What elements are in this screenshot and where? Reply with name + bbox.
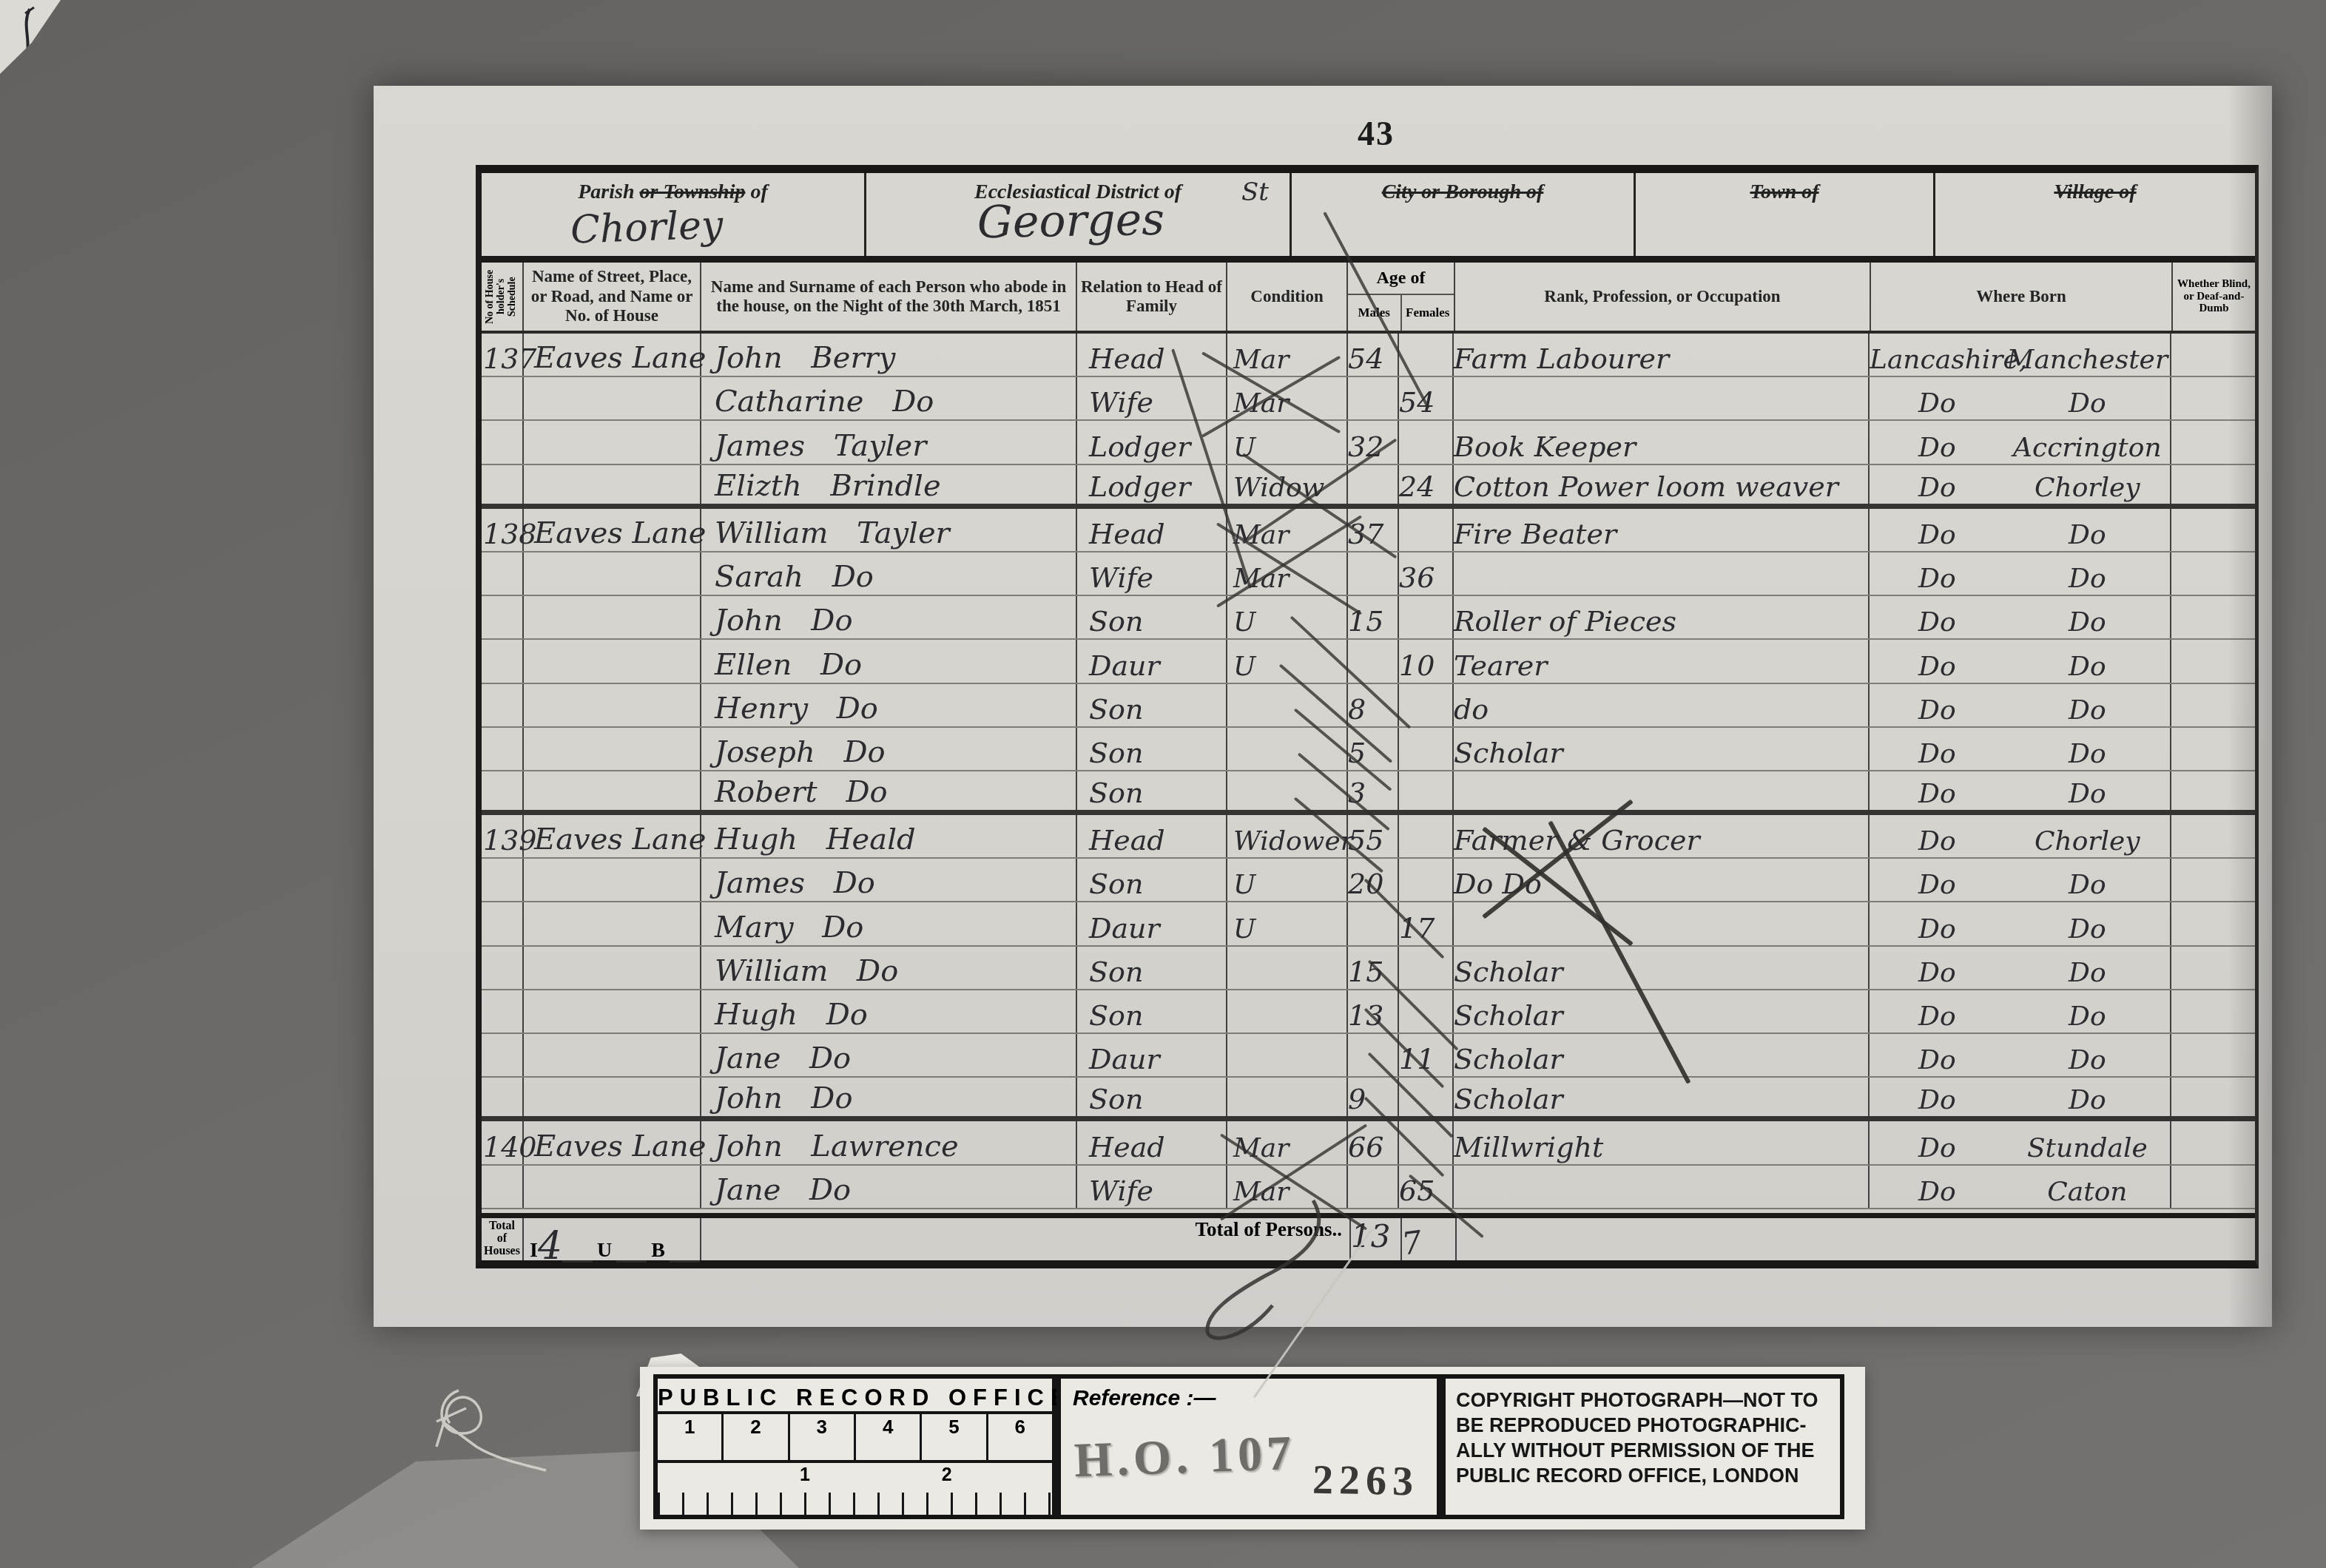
value-name: William Do (701, 954, 898, 988)
value-relation: Head (1077, 1131, 1165, 1163)
cell-condition (1227, 990, 1348, 1033)
value-name: John Berry (701, 341, 895, 375)
total-persons-female-cell: 7 (1402, 1218, 1457, 1260)
cell-occupation: Scholar (1454, 990, 1870, 1033)
table-row: 140Eaves LaneJohn LawrenceHeadMar66Millw… (482, 1121, 2255, 1165)
houses-uninhabited-underline (616, 1253, 647, 1263)
cell-relation: Head (1077, 1121, 1227, 1163)
torn-paper-corner (0, 0, 61, 74)
cell-occupation: Scholar (1454, 1078, 1870, 1116)
cell-name: William Do (701, 947, 1077, 989)
cell-street (524, 640, 701, 682)
total-houses-value-cell: I 4 U B (524, 1218, 701, 1260)
born-county: Do (1870, 564, 2005, 594)
ecclesiastical-value: Georges (977, 194, 1164, 249)
cell-name: John Lawrence (701, 1121, 1077, 1163)
value-occupation: Scholar (1454, 1043, 1868, 1075)
cell-born: DoDo (1870, 1078, 2171, 1116)
value-name: Mary Do (701, 910, 863, 944)
table-row: 137Eaves LaneJohn BerryHeadMar54Farm Lab… (482, 334, 2255, 377)
photograph-of-census-page: { "page_number": "43", "district_header"… (0, 0, 2326, 1568)
houses-building-label: B (651, 1239, 665, 1263)
value-relation: Head (1077, 824, 1165, 856)
table-row: Joseph DoSon5ScholarDoDo (482, 728, 2255, 771)
census-document-sheet: 43 Parish or Township of Chorley Ecclesi… (374, 86, 2272, 1327)
cell-age_m: 66 (1348, 1121, 1399, 1163)
cell-age_f (1399, 771, 1454, 810)
cell-blind (2171, 1034, 2255, 1076)
cell-age_m (1348, 377, 1399, 419)
value-age_m: 9 (1348, 1083, 1398, 1115)
cell-relation: Daur (1077, 902, 1227, 944)
value-street: Eaves Lane (524, 341, 706, 375)
cell-relation: Daur (1077, 640, 1227, 682)
cell-occupation: Book Keeper (1454, 421, 1870, 463)
cell-occupation: Scholar (1454, 728, 1870, 770)
value-relation: Head (1077, 342, 1165, 375)
cell-blind (2171, 509, 2255, 551)
cell-street (524, 1166, 701, 1208)
cell-schedule (482, 377, 524, 419)
cell-name: Jane Do (701, 1034, 1077, 1076)
value-occupation: Farm Labourer (1454, 342, 1868, 375)
cell-name: Hugh Do (701, 990, 1077, 1033)
born-town: Accrington (2005, 433, 2170, 463)
born-town: Do (2005, 779, 2170, 809)
cell-occupation: Do Do (1454, 859, 1870, 901)
houses-building-underline (670, 1253, 700, 1263)
cell-age_m (1348, 1034, 1399, 1076)
cell-street: Eaves Lane (524, 509, 701, 551)
cell-blind (2171, 990, 2255, 1033)
col-header-street: Name of Street, Place, or Road, and Name… (524, 263, 701, 331)
cell-born: DoDo (1870, 552, 2171, 595)
value-relation: Daur (1077, 649, 1160, 682)
cell-blind (2171, 377, 2255, 419)
value-occupation: Book Keeper (1454, 430, 1868, 463)
reference-label: Reference :— (1061, 1379, 1437, 1411)
value-age_m: 32 (1348, 430, 1398, 463)
cell-age_m: 8 (1348, 684, 1399, 726)
cell-born: DoDo (1870, 990, 2171, 1033)
value-occupation: Cotton Power loom weaver (1454, 470, 1868, 503)
col-header-condition: Condition (1227, 263, 1348, 331)
cell-born: Lancashire,Manchester (1870, 334, 2171, 376)
born-county: Do (1870, 870, 2005, 900)
cell-condition: Widower (1227, 815, 1348, 857)
cell-blind (2171, 421, 2255, 463)
cell-born: DoDo (1870, 509, 2171, 551)
cell-born: DoDo (1870, 947, 2171, 989)
cell-street (524, 947, 701, 989)
cm-scale-cell: 3 (790, 1414, 856, 1460)
born-county: Do (1870, 652, 2005, 682)
born-county: Do (1870, 779, 2005, 809)
cell-age_f: 54 (1399, 377, 1454, 419)
value-street: Eaves Lane (524, 822, 706, 856)
value-name: Henry Do (701, 692, 878, 726)
born-town: Do (2005, 388, 2170, 419)
cell-blind (2171, 596, 2255, 638)
cell-age_f (1399, 684, 1454, 726)
cell-age_f (1399, 509, 1454, 551)
value-age_m: 3 (1348, 777, 1398, 809)
film-scratch-icon (414, 1376, 562, 1501)
cell-born: DoDo (1870, 771, 2171, 810)
born-county: Do (1870, 739, 2005, 769)
value-name: Jane Do (701, 1041, 851, 1075)
value-relation: Son (1077, 693, 1143, 726)
cell-blind (2171, 1078, 2255, 1116)
value-name: Sarah Do (701, 560, 874, 594)
value-relation: Lodger (1077, 430, 1190, 463)
cell-relation: Lodger (1077, 465, 1227, 504)
cell-relation: Son (1077, 947, 1227, 989)
cell-street (524, 728, 701, 770)
born-county: Do (1870, 1045, 2005, 1075)
parish-label: Parish or Township of (482, 180, 864, 204)
cell-blind (2171, 684, 2255, 726)
cell-schedule: 137 (482, 334, 524, 376)
cell-street (524, 421, 701, 463)
cell-age_f (1399, 859, 1454, 901)
cell-occupation (1454, 552, 1870, 595)
houses-uninhabited-label: U (597, 1239, 612, 1263)
cell-born: DoAccrington (1870, 421, 2171, 463)
value-relation: Son (1077, 999, 1143, 1032)
cell-blind (2171, 859, 2255, 901)
value-age_m: 5 (1348, 737, 1398, 769)
value-name: William Tayler (701, 516, 950, 550)
born-town: Manchester (2005, 345, 2170, 375)
born-county: Do (1870, 433, 2005, 463)
cell-name: Ellen Do (701, 640, 1077, 682)
copyright-line: ALLY WITHOUT PERMISSION OF THE (1456, 1438, 1830, 1463)
inch-number-2: 2 (942, 1464, 952, 1486)
town-label: Town of (1636, 180, 1933, 204)
cell-schedule: 139 (482, 815, 524, 857)
cell-born: DoChorley (1870, 465, 2171, 504)
cell-occupation (1454, 377, 1870, 419)
cell-age_f: 65 (1399, 1166, 1454, 1208)
cell-age_f (1399, 947, 1454, 989)
value-name: Jane Do (701, 1173, 851, 1207)
pro-stamp-strip: PUBLIC RECORD OFFICE 123456 1 2 Referenc… (640, 1367, 1865, 1530)
cell-name: Sarah Do (701, 552, 1077, 595)
parish-header-cell: Parish or Township of Chorley (482, 173, 866, 256)
value-age_f: 24 (1399, 470, 1452, 503)
col-header-age-females: Females (1402, 295, 1454, 331)
cell-name: John Do (701, 596, 1077, 638)
value-relation: Wife (1077, 1175, 1153, 1207)
value-relation: Son (1077, 956, 1143, 988)
cell-occupation: Millwright (1454, 1121, 1870, 1163)
cell-condition (1227, 1034, 1348, 1076)
born-town: Do (2005, 739, 2170, 769)
value-name: Elizth Brindle (701, 469, 941, 503)
cell-condition (1227, 728, 1348, 770)
cell-name: John Do (701, 1078, 1077, 1116)
reference-box: Reference :— H.O. 107 2263 (1056, 1374, 1441, 1519)
cell-born: DoDo (1870, 377, 2171, 419)
col-header-relation: Relation to Head of Family (1077, 263, 1227, 331)
table-row: Ellen DoDaurU10TearerDoDo (482, 640, 2255, 683)
cell-schedule (482, 1078, 524, 1116)
copyright-line: BE REPRODUCED PHOTOGRAPHIC- (1456, 1413, 1830, 1438)
cell-occupation (1454, 771, 1870, 810)
value-name: John Lawrence (701, 1129, 959, 1163)
col-header-occupation: Rank, Profession, or Occupation (1455, 263, 1871, 331)
cell-street (524, 684, 701, 726)
cell-relation: Son (1077, 859, 1227, 901)
census-table: Parish or Township of Chorley Ecclesiast… (476, 165, 2259, 1268)
cell-blind (2171, 902, 2255, 944)
copyright-line: PUBLIC RECORD OFFICE, LONDON (1456, 1463, 1830, 1488)
born-town: Stundale (2005, 1133, 2170, 1163)
cm-scale-cell: 1 (658, 1414, 724, 1460)
cell-schedule (482, 552, 524, 595)
cell-relation: Son (1077, 990, 1227, 1033)
value-name: Robert Do (701, 775, 888, 809)
born-county: Lancashire, (1870, 345, 2005, 375)
ecclesiastical-header-cell: Ecclesiastical District of St Georges (866, 173, 1292, 256)
cell-schedule (482, 947, 524, 989)
cell-age_f: 10 (1399, 640, 1454, 682)
born-town: Chorley (2005, 826, 2170, 856)
cell-occupation: Scholar (1454, 947, 1870, 989)
city-header-cell: City or Borough of (1292, 173, 1636, 256)
value-occupation: Scholar (1454, 956, 1868, 988)
copyright-line: COPYRIGHT PHOTOGRAPH—NOT TO (1456, 1388, 1830, 1413)
cell-relation: Wife (1077, 377, 1227, 419)
born-town: Do (2005, 914, 2170, 944)
cell-relation: Son (1077, 684, 1227, 726)
born-town: Do (2005, 652, 2170, 682)
born-town: Do (2005, 607, 2170, 638)
col-header-age-males: Males (1348, 295, 1402, 331)
born-county: Do (1870, 958, 2005, 988)
cell-relation: Head (1077, 509, 1227, 551)
cell-schedule (482, 990, 524, 1033)
value-relation: Daur (1077, 1043, 1160, 1075)
ecclesiastical-prefix-value: St (1241, 178, 1269, 207)
cell-age_f: 36 (1399, 552, 1454, 595)
cell-condition: Mar (1227, 1121, 1348, 1163)
table-row: Jane DoWifeMar65DoCaton (482, 1166, 2255, 1209)
cell-name: John Berry (701, 334, 1077, 376)
table-row: Jane DoDaur11ScholarDoDo (482, 1034, 2255, 1078)
cell-condition: Mar (1227, 377, 1348, 419)
cell-street (524, 1034, 701, 1076)
cell-born: DoChorley (1870, 815, 2171, 857)
value-relation: Son (1077, 605, 1143, 638)
village-header-cell: Village of (1935, 173, 2255, 256)
value-relation: Son (1077, 737, 1143, 769)
value-name: John Do (701, 1081, 853, 1115)
cell-street (524, 859, 701, 901)
born-county: Do (1870, 473, 2005, 503)
cell-relation: Head (1077, 815, 1227, 857)
cell-schedule (482, 421, 524, 463)
cm-scale-cell: 5 (922, 1414, 988, 1460)
pen-mark-icon (4, 3, 49, 73)
cell-schedule (482, 1034, 524, 1076)
cell-name: Joseph Do (701, 728, 1077, 770)
cm-scale-cell: 6 (988, 1414, 1052, 1460)
born-county: Do (1870, 1177, 2005, 1207)
cell-street (524, 902, 701, 944)
copyright-text: COPYRIGHT PHOTOGRAPH—NOT TOBE REPRODUCED… (1446, 1379, 1840, 1488)
table-row: 138Eaves LaneWilliam TaylerHeadMar37Fire… (482, 509, 2255, 552)
col-header-blind: Whether Blind, or Deaf-and-Dumb (2173, 263, 2255, 331)
born-county: Do (1870, 1085, 2005, 1115)
cell-age_f (1399, 815, 1454, 857)
pen-flourish-icon (1162, 1194, 1354, 1350)
table-row: Catharine DoWifeMar54DoDo (482, 377, 2255, 421)
parish-label-struck: or Township (639, 180, 745, 203)
total-houses-label-cell: TotalofHouses (482, 1218, 524, 1260)
cell-born: DoDo (1870, 859, 2171, 901)
value-age_m: 54 (1348, 342, 1398, 375)
cell-schedule (482, 859, 524, 901)
cell-schedule (482, 728, 524, 770)
district-header-band: Parish or Township of Chorley Ecclesiast… (482, 173, 2255, 263)
pro-ruler-box: PUBLIC RECORD OFFICE 123456 1 2 (653, 1374, 1056, 1519)
cell-schedule (482, 684, 524, 726)
table-row: Mary DoDaurU17DoDo (482, 902, 2255, 946)
cell-blind (2171, 640, 2255, 682)
parish-label-suffix: of (750, 180, 767, 203)
born-county: Do (1870, 520, 2005, 550)
cell-condition: U (1227, 859, 1348, 901)
cell-age_m: 13 (1348, 990, 1399, 1033)
cell-occupation: Cotton Power loom weaver (1454, 465, 1870, 504)
cell-relation: Son (1077, 1078, 1227, 1116)
houses-inhabited-value: 4 (538, 1224, 562, 1268)
born-town: Do (2005, 520, 2170, 550)
born-town: Do (2005, 958, 2170, 988)
value-street: Eaves Lane (524, 516, 706, 550)
value-condition: U (1227, 607, 1255, 638)
reference-class-stamp: H.O. 107 (1073, 1425, 1297, 1489)
cell-name: Elizth Brindle (701, 465, 1077, 504)
table-row: Robert DoSon3DoDo (482, 771, 2255, 815)
reference-piece-stamp: 2263 (1312, 1456, 1419, 1506)
born-town: Do (2005, 564, 2170, 594)
cell-age_m: 9 (1348, 1078, 1399, 1116)
cell-street: Eaves Lane (524, 815, 701, 857)
cell-blind (2171, 947, 2255, 989)
cell-born: DoDo (1870, 596, 2171, 638)
cm-scale: 123456 (658, 1414, 1052, 1463)
cell-age_m (1348, 1166, 1399, 1208)
value-occupation: Scholar (1454, 1083, 1868, 1115)
totals-empty-cell (1457, 1218, 2255, 1260)
cell-street: Eaves Lane (524, 334, 701, 376)
value-condition: U (1227, 652, 1255, 682)
col-header-schedule: No of House holder's Schedule (482, 263, 524, 331)
born-county: Do (1870, 1001, 2005, 1032)
value-relation: Son (1077, 777, 1143, 809)
value-age_m: 20 (1348, 868, 1398, 900)
born-town: Do (2005, 870, 2170, 900)
cell-name: Jane Do (701, 1166, 1077, 1208)
cell-occupation: Tearer (1454, 640, 1870, 682)
value-name: Hugh Do (701, 998, 868, 1032)
value-age_f: 36 (1399, 561, 1452, 594)
value-relation: Wife (1077, 561, 1153, 594)
value-name: James Do (701, 866, 875, 900)
cell-born: DoDo (1870, 728, 2171, 770)
cell-occupation (1454, 1166, 1870, 1208)
cell-relation: Son (1077, 596, 1227, 638)
cell-born: DoStundale (1870, 1121, 2171, 1163)
total-persons-female: 7 (1400, 1219, 1457, 1263)
born-town: Chorley (2005, 473, 2170, 503)
village-label: Village of (1935, 180, 2255, 204)
born-county: Do (1870, 607, 2005, 638)
value-name: James Tayler (701, 429, 926, 463)
table-row: John DoSonU15Roller of PiecesDoDo (482, 596, 2255, 640)
cell-schedule (482, 596, 524, 638)
parish-label-prefix: Parish (578, 180, 634, 203)
cell-age_m (1348, 902, 1399, 944)
cell-street (524, 596, 701, 638)
cell-age_f (1399, 596, 1454, 638)
cell-name: Catharine Do (701, 377, 1077, 419)
copyright-box: COPYRIGHT PHOTOGRAPH—NOT TOBE REPRODUCED… (1441, 1374, 1844, 1519)
cell-street (524, 771, 701, 810)
cell-condition (1227, 947, 1348, 989)
cell-born: DoDo (1870, 1034, 2171, 1076)
cell-name: William Tayler (701, 509, 1077, 551)
cell-born: DoDo (1870, 684, 2171, 726)
houses-inhabited-label: I (530, 1239, 538, 1263)
cell-occupation: Fire Beater (1454, 509, 1870, 551)
cell-condition: Mar (1227, 334, 1348, 376)
cell-blind (2171, 1121, 2255, 1163)
value-relation: Wife (1077, 386, 1153, 419)
table-row: 139Eaves LaneHugh HealdHeadWidower55Farm… (482, 815, 2255, 859)
value-occupation: do (1454, 693, 1868, 726)
cell-schedule (482, 465, 524, 504)
ruler-ticks (658, 1493, 1052, 1515)
cell-blind (2171, 1166, 2255, 1208)
cell-relation: Son (1077, 728, 1227, 770)
value-age_m: 55 (1348, 824, 1398, 856)
value-name: John Do (701, 604, 853, 638)
cell-street (524, 377, 701, 419)
value-name: Catharine Do (701, 385, 934, 419)
cell-schedule (482, 640, 524, 682)
city-label: City or Borough of (1292, 180, 1634, 204)
totals-band: TotalofHouses I 4 U B Total of Persons..… (482, 1213, 2255, 1260)
col-header-age: Age of Males Females (1348, 263, 1455, 331)
parish-value: Chorley (570, 203, 724, 252)
cell-blind (2171, 334, 2255, 376)
town-header-cell: Town of (1636, 173, 1935, 256)
cell-schedule (482, 1166, 524, 1208)
cell-schedule (482, 902, 524, 944)
cell-age_m: 15 (1348, 596, 1399, 638)
cell-schedule (482, 771, 524, 810)
cell-occupation: Farm Labourer (1454, 334, 1870, 376)
cell-condition: U (1227, 640, 1348, 682)
value-occupation: Fire Beater (1454, 518, 1868, 550)
born-county: Do (1870, 1133, 2005, 1163)
cell-blind (2171, 771, 2255, 810)
cell-blind (2171, 728, 2255, 770)
